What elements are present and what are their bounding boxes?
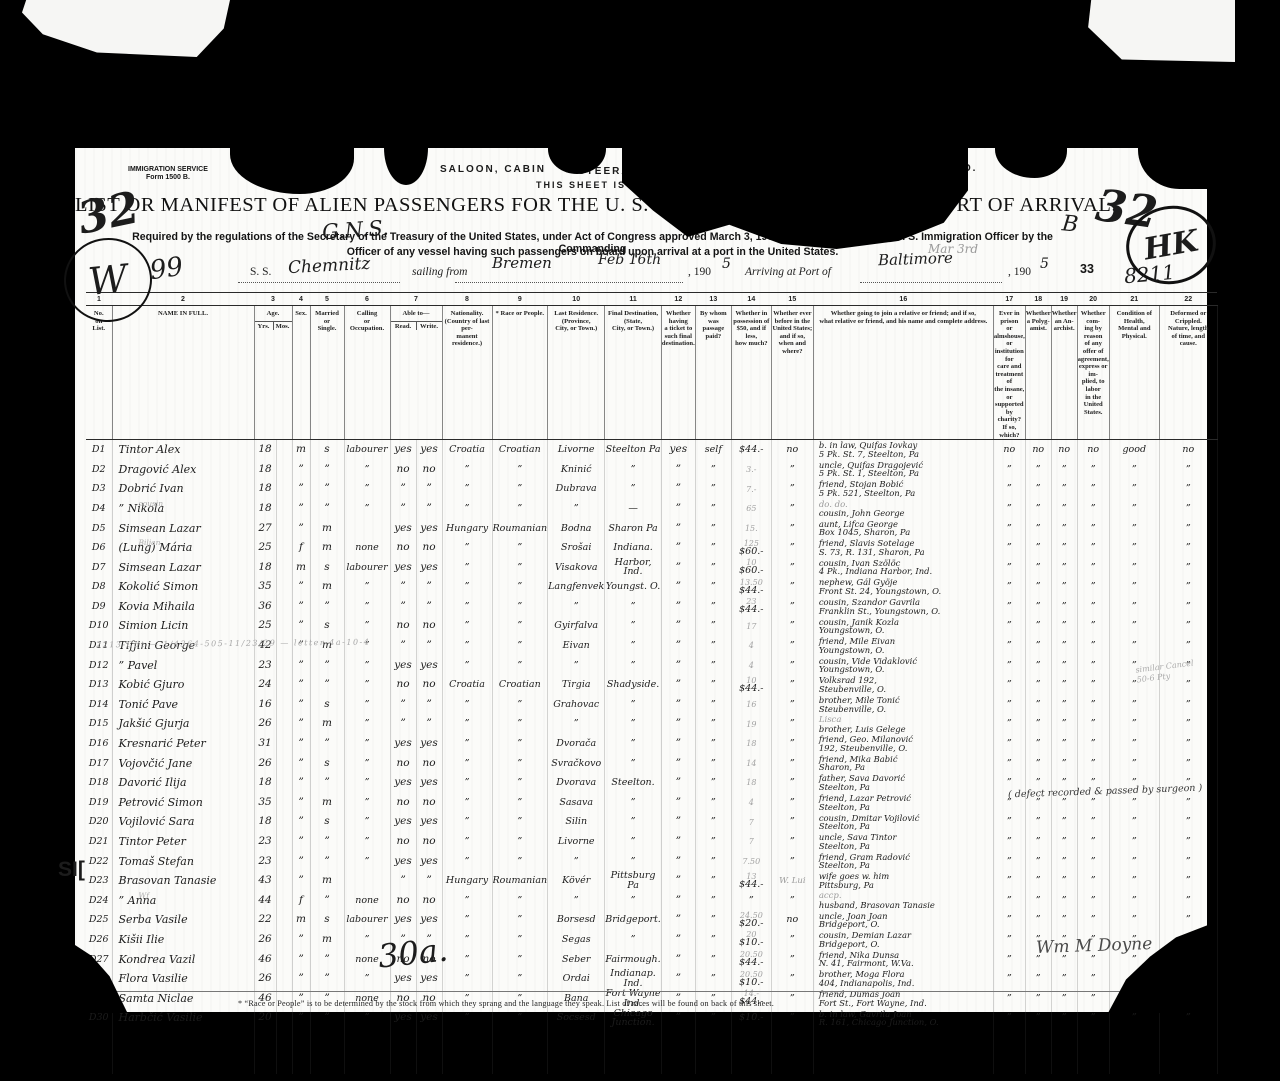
manifest-cell: ” [1025,479,1051,499]
manifest-cell: D25 [86,910,112,930]
form-id-label: IMMIGRATION SERVICE Form 1500 B. [128,166,208,182]
manifest-row: D15Jakšić Gjurja26”m”””””””””19”Liscabro… [86,714,1217,734]
manifest-cell: 13$44.- [731,871,771,891]
manifest-cell: ” [605,734,662,754]
manifest-cell: ” [1159,597,1217,617]
manifest-cell: ” [1077,518,1109,538]
manifest-cell: friend, Gram RadovićSteelton, Pa [813,852,993,872]
manifest-cell: ” [492,793,548,813]
manifest-cell: Hungary [442,518,492,538]
manifest-cell: ” [1159,754,1217,774]
manifest-row: D4” Nikolacousin18””””””””—””65”do. do.c… [86,499,1217,519]
manifest-cell: Kondrea Vazil [112,950,254,970]
manifest-cell: self [695,440,731,460]
manifest-cell: ” [661,538,695,558]
manifest-cell: ” [661,832,695,852]
manifest-cell: ” [1077,812,1109,832]
manifest-cell: D20 [86,812,112,832]
handwritten-gns: G.N.S. [321,216,389,245]
column-header: Nationality. (Country of last per- manen… [442,306,492,440]
manifest-cell: ” [695,832,731,852]
manifest-cell: ” [1077,577,1109,597]
manifest-cell: ” AnnaWf [112,891,254,911]
manifest-cell: Tintor Peter [112,832,254,852]
manifest-cell: ” [1109,597,1159,617]
manifest-cell: ” Pavel [112,656,254,676]
manifest-cell: cousin, Janik KozlaYoungstown, O. [813,616,993,636]
manifest-cell: ” [416,714,442,734]
arrival-date-pencil: Mar 3rd [928,242,978,256]
manifest-cell: ” [1025,1008,1051,1028]
spacer-cell [813,1028,993,1074]
manifest-cell: Kresnarić Peter [112,734,254,754]
manifest-cell: D19 [86,793,112,813]
manifest-cell: ” [492,695,548,715]
manifest-cell: ” [1025,832,1051,852]
manifest-cell: no [390,832,416,852]
manifest-cell: no [390,891,416,911]
manifest-cell: ” [442,479,492,499]
spacer-cell [731,1028,771,1074]
manifest-cell: Ordai [548,969,605,989]
sailing-year-digit: 5 [722,256,731,272]
column-number: 10 [548,293,605,306]
manifest-cell: friend, Nika DunsaN. 41, Fairmont, W.Va. [813,950,993,970]
manifest-cell: ” [1159,695,1217,715]
manifest-cell: 7 [731,832,771,852]
column-header: Whether in possession of $50, and if les… [731,306,771,440]
manifest-cell: ” [442,636,492,656]
manifest-cell: ” [416,597,442,617]
manifest-cell [276,656,292,676]
manifest-cell: 18 [254,440,276,460]
manifest-cell: yes [390,773,416,793]
manifest-cell: ” [1159,577,1217,597]
manifest-cell: father, Sava DavorićSteelton, Pa [813,773,993,793]
manifest-cell: ” [344,714,390,734]
manifest-cell: cousin, Ivan Szölöc4 Pk., Indiana Harbor… [813,558,993,578]
manifest-cell: ” [661,558,695,578]
column-header: Sex. [292,306,310,440]
manifest-cell: ” [1077,1008,1109,1028]
manifest-row: D13Kobić Gjuro24”””nonoCroatiaCroatianTi… [86,675,1217,695]
manifest-cell: s [310,616,344,636]
manifest-cell: ” [771,479,813,499]
manifest-cell: ” [1077,597,1109,617]
manifest-cell: yes [390,734,416,754]
manifest-cell: ” [695,538,731,558]
manifest-cell: ” [661,773,695,793]
manifest-cell: ” [1159,910,1217,930]
manifest-cell: ” [771,1008,813,1028]
manifest-cell: ” [310,479,344,499]
manifest-cell: ” [292,675,310,695]
manifest-cell: Fairmough. [605,950,662,970]
manifest-cell: ” [442,910,492,930]
manifest-cell: good [1109,440,1159,460]
manifest-cell: Dvorača [548,734,605,754]
column-header: Calling or Occupation. [344,306,390,440]
spacer-cell [292,1028,310,1074]
manifest-cell: ” [310,597,344,617]
manifest-cell: accp.husband, Brasovan Tanasie [813,891,993,911]
manifest-cell: 35 [254,793,276,813]
manifest-row: D2Dragović Alex18”””nono””Kninić”””3.-”u… [86,460,1217,480]
column-number: 11 [605,293,662,306]
manifest-cell: ” [695,969,731,989]
manifest-cell: ” [1077,656,1109,676]
spacer-cell [416,1028,442,1074]
manifest-cell: 36 [254,597,276,617]
manifest-cell: ” [993,675,1025,695]
manifest-cell: ” [661,499,695,519]
manifest-cell: ” [695,636,731,656]
manifest-cell: ” [993,832,1025,852]
manifest-cell: ” [442,538,492,558]
manifest-cell: Socsesd [548,1008,605,1028]
manifest-cell: Bodna [548,518,605,538]
manifest-cell: ” [492,479,548,499]
manifest-cell: 44 [254,891,276,911]
manifest-cell: m [310,930,344,950]
manifest-cell: ” [771,577,813,597]
manifest-cell: ” [771,597,813,617]
manifest-cell: ” [1077,538,1109,558]
manifest-cell: Indianap. Ind. [605,969,662,989]
manifest-cell: m [292,558,310,578]
manifest-cell [276,852,292,872]
spacer-cell [492,1028,548,1074]
manifest-cell: ” [492,656,548,676]
manifest-cell: ” [310,773,344,793]
manifest-cell: ” [605,636,662,656]
manifest-cell: ” [442,852,492,872]
manifest-cell: ” [344,812,390,832]
manifest-cell: ” [1109,499,1159,519]
manifest-cell [276,871,292,891]
spacer-cell [1077,1028,1109,1074]
manifest-cell: ” [993,636,1025,656]
manifest-cell: no [416,538,442,558]
manifest-cell: ” [292,695,310,715]
manifest-cell: ” [1025,538,1051,558]
manifest-cell: 10$44.- [731,675,771,695]
manifest-cell: D21 [86,832,112,852]
manifest-cell: ” [1025,852,1051,872]
manifest-cell [276,910,292,930]
column-number: 4 [292,293,310,306]
manifest-cell: ” [390,695,416,715]
manifest-cell: ” [344,754,390,774]
manifest-cell: ” [605,832,662,852]
manifest-cell: ” [442,734,492,754]
manifest-cell: ” [292,754,310,774]
manifest-cell: Dubrava [548,479,605,499]
manifest-cell: ” [1025,597,1051,617]
manifest-cell: ” [390,499,416,519]
manifest-cell: 20$10.- [731,930,771,950]
spacer-cell [1159,1028,1217,1074]
manifest-cell: 23 [254,852,276,872]
manifest-cell: Sharon Pa [605,518,662,538]
manifest-cell: ” [1077,852,1109,872]
manifest-cell: ” [292,832,310,852]
manifest-cell: ” [771,950,813,970]
manifest-cell: ” [442,793,492,813]
manifest-cell: ” [1025,910,1051,930]
manifest-cell: ” [1051,969,1077,989]
manifest-cell: ” [492,969,548,989]
manifest-cell: ” [1077,499,1109,519]
manifest-cell: ” [1025,499,1051,519]
manifest-cell: 20.50$10.- [731,969,771,989]
manifest-cell: no [416,460,442,480]
manifest-cell: Steelton Pa [605,440,662,460]
manifest-cell: ” [1159,460,1217,480]
manifest-cell: ” [344,577,390,597]
manifest-cell: ” [390,479,416,499]
manifest-cell: ” [1051,499,1077,519]
manifest-cell: ” [344,479,390,499]
manifest-cell: ” [1159,812,1217,832]
manifest-cell: D2 [86,460,112,480]
manifest-cell: ” [416,577,442,597]
manifest-cell: ” [310,734,344,754]
manifest-cell: ” [1025,636,1051,656]
manifest-cell: ” [310,499,344,519]
column-number: 8 [442,293,492,306]
manifest-cell: D1 [86,440,112,460]
manifest-cell: none [344,538,390,558]
manifest-cell: ” [771,734,813,754]
manifest-cell: ” [492,734,548,754]
manifest-cell: ” [993,460,1025,480]
manifest-cell: ” [1051,812,1077,832]
manifest-cell: m [292,440,310,460]
manifest-row: D16Kresnarić Peter31”””yesyes””Dvorača””… [86,734,1217,754]
manifest-cell: ” [292,734,310,754]
manifest-cell [344,871,390,891]
torn-paper-fragment-top-left [22,0,230,57]
manifest-cell: 26 [254,969,276,989]
manifest-cell: s [310,440,344,460]
manifest-cell: ” [771,793,813,813]
manifest-cell: ” [1051,734,1077,754]
manifest-cell: D4 [86,499,112,519]
manifest-cell: 15. [731,518,771,538]
manifest-cell: 25 [254,616,276,636]
manifest-cell: ” [605,891,662,911]
manifest-cell: ” [1051,597,1077,617]
manifest-row: D6(Lung) MáriaBiljan25fmnonenono””Srošai… [86,538,1217,558]
manifest-cell: ” [1077,714,1109,734]
manifest-cell: Dragović Alex [112,460,254,480]
manifest-cell: Tintor Alex [112,440,254,460]
manifest-cell: Serba Vasile [112,910,254,930]
manifest-cell: ” [993,754,1025,774]
manifest-cell: yes [390,656,416,676]
manifest-cell: ” [661,734,695,754]
manifest-cell: ” [442,597,492,617]
spacer-cell [310,1028,344,1074]
manifest-cell: ” [1109,754,1159,774]
manifest-cell: ” [695,891,731,911]
manifest-cell: ” [695,1008,731,1028]
manifest-cell: ” [661,930,695,950]
manifest-cell: yes [390,910,416,930]
torn-paper-fragment-top-right [1082,0,1235,62]
manifest-cell: Kobić Gjuro [112,675,254,695]
manifest-cell: ” [442,656,492,676]
manifest-cell: m [292,910,310,930]
manifest-cell: 7.50 [731,852,771,872]
column-header: Last Residence. (Province, City, or Town… [548,306,605,440]
manifest-cell: ” [310,969,344,989]
manifest-cell [276,754,292,774]
manifest-cell: Pittsburg Pa [605,871,662,891]
column-number: 3 [254,293,292,306]
manifest-cell: uncle, Joan JoanBridgeport, O. [813,910,993,930]
manifest-cell: ” [1025,460,1051,480]
manifest-cell: ” [661,597,695,617]
manifest-cell: Simion Licin [112,616,254,636]
manifest-cell: ” [548,714,605,734]
manifest-cell: s [310,754,344,774]
manifest-cell: 18 [254,812,276,832]
manifest-cell: Segas [548,930,605,950]
manifest-cell: Harbor, Ind. [605,558,662,578]
manifest-cell: no [993,440,1025,460]
manifest-cell: ” [442,695,492,715]
manifest-cell: 125$60.- [731,538,771,558]
manifest-cell: ” [695,773,731,793]
sailing-from-label: sailing from [412,266,467,278]
manifest-cell: Livorne [548,832,605,852]
manifest-cell: uncle, Quifas Dragojević5 Pk. St. 1, Ste… [813,460,993,480]
manifest-cell: ” [993,812,1025,832]
column-number: 19 [1051,293,1077,306]
manifest-cell: ” [344,832,390,852]
manifest-cell: ” [993,1008,1025,1028]
manifest-cell: ” [292,616,310,636]
manifest-cell: ” [695,518,731,538]
manifest-cell: ” [292,773,310,793]
manifest-cell: ” [993,656,1025,676]
manifest-cell: ” [1025,891,1051,911]
manifest-cell: ” [993,616,1025,636]
sheet-number: 33 [1080,262,1094,276]
manifest-cell: ” [661,636,695,656]
arriving-label: Arriving at Port of [745,266,831,278]
manifest-cell: ” [1077,460,1109,480]
manifest-cell: ” [1109,852,1159,872]
manifest-cell: ” [492,930,548,950]
manifest-cell: ” [442,832,492,852]
manifest-cell: ” [442,714,492,734]
officer-signature: Wm M Doyne [1036,934,1153,958]
manifest-cell: f [292,538,310,558]
manifest-cell: ” [993,734,1025,754]
manifest-cell: ” [1051,518,1077,538]
manifest-cell: ” [605,754,662,774]
manifest-cell: ” [310,950,344,970]
manifest-cell: ” [605,479,662,499]
manifest-cell: ” [1159,852,1217,872]
manifest-cell: ” [695,499,731,519]
manifest-cell [276,969,292,989]
manifest-cell: ” [344,616,390,636]
manifest-cell: yes [416,812,442,832]
column-header: NAME IN FULL. [112,306,254,440]
manifest-cell: ” [695,577,731,597]
manifest-cell: yes [416,773,442,793]
manifest-cell: Harbčić Vasilie [112,1008,254,1028]
manifest-cell: ” [292,499,310,519]
manifest-cell: ” [1051,460,1077,480]
manifest-cell: ” [1077,734,1109,754]
manifest-cell: ” [310,891,344,911]
manifest-cell: no [416,832,442,852]
manifest-row: D14Tonić Pave16”s”””””Grahovac”””16”brot… [86,695,1217,715]
manifest-cell: 16 [254,695,276,715]
column-number: 7 [390,293,442,306]
manifest-cell: ” [771,773,813,793]
manifest-cell: Brasovan Tanasie [112,871,254,891]
manifest-cell: 25 [254,538,276,558]
manifest-cell: D14 [86,695,112,715]
column-header: Deformed or Crippled. Nature, length of … [1159,306,1217,440]
manifest-cell: no [1025,440,1051,460]
manifest-cell: 65 [731,499,771,519]
manifest-cell: ” [292,793,310,813]
manifest-cell: ” [1077,832,1109,852]
manifest-cell: ” [344,597,390,617]
manifest-cell: ” [661,695,695,715]
manifest-cell: yes [416,1008,442,1028]
manifest-cell: Borsesd [548,910,605,930]
handwritten-99: 99 [148,252,185,286]
manifest-cell: ” [695,950,731,970]
manifest-cell: ” [292,871,310,891]
column-number: 20 [1077,293,1109,306]
manifest-cell: labourer [344,910,390,930]
manifest-cell: Petrović Simon [112,793,254,813]
manifest-cell: labourer [344,558,390,578]
manifest-cell: ” [1109,479,1159,499]
manifest-cell: ” [695,460,731,480]
manifest-cell: ” [344,656,390,676]
manifest-cell: ” [993,950,1025,970]
manifest-cell: ” [416,695,442,715]
manifest-cell: ” [1077,558,1109,578]
manifest-cell: ” [605,812,662,832]
manifest-cell: ” [1051,558,1077,578]
manifest-cell: ” [771,695,813,715]
manifest-cell: ” [605,597,662,617]
manifest-cell [276,538,292,558]
sailing-year-prefix: , 190 [688,266,711,278]
manifest-cell: ” [771,852,813,872]
manifest-cell: ” [1159,538,1217,558]
manifest-cell: ” [661,518,695,538]
manifest-cell: ” [695,656,731,676]
manifest-cell: 4 [731,656,771,676]
manifest-cell: 23$44.- [731,597,771,617]
manifest-cell: 14 [731,754,771,774]
manifest-row: D7Simsean Lazar18mslaboureryesyes””Visak… [86,558,1217,578]
manifest-cell: Tomaš Stefan [112,852,254,872]
manifest-cell: ” [605,852,662,872]
